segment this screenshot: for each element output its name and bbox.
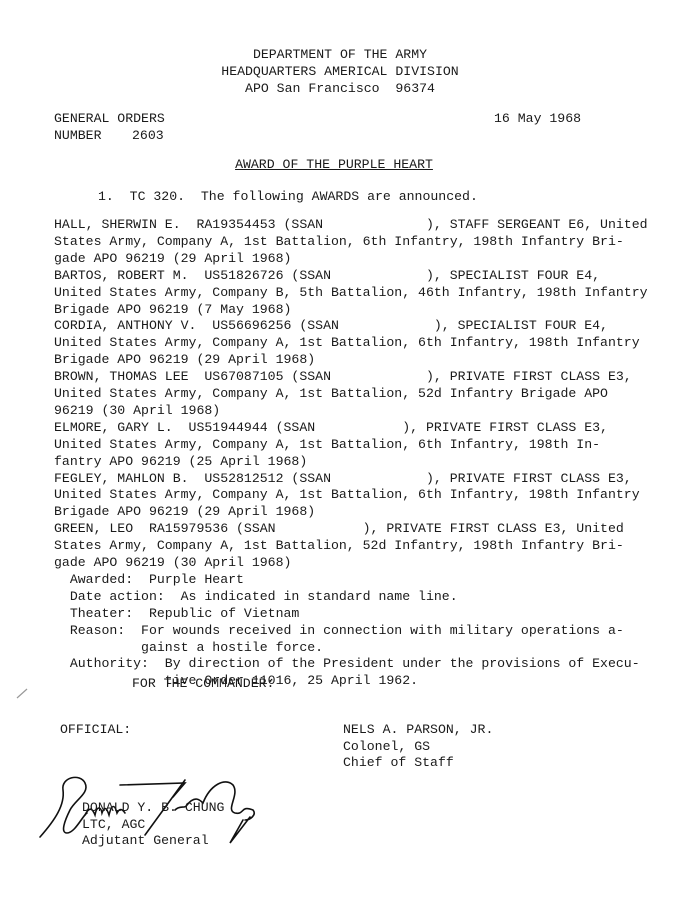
recipient-detail-line: United States Army, Company A, 1st Batta… xyxy=(54,437,654,454)
recipient-detail-line: fantry APO 96219 (25 April 1968) xyxy=(54,454,654,471)
stray-mark xyxy=(16,686,30,700)
official-title: Adjutant General xyxy=(82,833,209,850)
recipient-detail-line: gade APO 96219 (30 April 1968) xyxy=(54,555,654,572)
award-detail-line: Awarded: Purple Heart xyxy=(54,572,654,589)
award-detail-line: Reason: For wounds received in connectio… xyxy=(54,623,654,640)
header-apo: APO San Francisco 96374 xyxy=(0,81,680,98)
recipient-detail-line: States Army, Company A, 1st Battalion, 6… xyxy=(54,234,654,251)
recipient-detail-line: gade APO 96219 (29 April 1968) xyxy=(54,251,654,268)
recipient-name-line: CORDIA, ANTHONY V. US56696256 (SSAN ), S… xyxy=(54,318,654,335)
orders-label: GENERAL ORDERS xyxy=(54,111,165,128)
award-detail-line: gainst a hostile force. xyxy=(54,640,654,657)
recipient-name-line: GREEN, LEO RA15979536 (SSAN ), PRIVATE F… xyxy=(54,521,654,538)
recipient-name-line: FEGLEY, MAHLON B. US52812512 (SSAN ), PR… xyxy=(54,471,654,488)
recipient-detail-line: States Army, Company A, 1st Battalion, 5… xyxy=(54,538,654,555)
award-detail-line: Date action: As indicated in standard na… xyxy=(54,589,654,606)
orders-number-label: NUMBER xyxy=(54,128,101,145)
recipient-detail-line: United States Army, Company A, 1st Batta… xyxy=(54,335,654,352)
recipient-detail-line: 96219 (30 April 1968) xyxy=(54,403,654,420)
award-detail-line: Theater: Republic of Vietnam xyxy=(54,606,654,623)
official-name: DONALD Y. B. CHUNG xyxy=(82,800,224,817)
intro-paragraph: 1. TC 320. The following AWARDS are anno… xyxy=(98,189,478,206)
orders-number: 2603 xyxy=(132,128,164,145)
recipient-detail-line: United States Army, Company A, 1st Batta… xyxy=(54,487,654,504)
recipient-detail-line: Brigade APO 96219 (7 May 1968) xyxy=(54,302,654,319)
document-title: AWARD OF THE PURPLE HEART xyxy=(0,157,668,174)
recipient-detail-line: United States Army, Company A, 1st Batta… xyxy=(54,386,654,403)
signatory-rank: Colonel, GS xyxy=(343,739,430,756)
signatory-name: NELS A. PARSON, JR. xyxy=(343,722,493,739)
header-department: DEPARTMENT OF THE ARMY xyxy=(0,47,680,64)
official-label: OFFICIAL: xyxy=(60,722,131,739)
general-orders-document: DEPARTMENT OF THE ARMY HEADQUARTERS AMER… xyxy=(0,0,700,919)
recipient-name-line: HALL, SHERWIN E. RA19354453 (SSAN ), STA… xyxy=(54,217,654,234)
recipient-name-line: ELMORE, GARY L. US51944944 (SSAN ), PRIV… xyxy=(54,420,654,437)
recipient-name-line: BROWN, THOMAS LEE US67087105 (SSAN ), PR… xyxy=(54,369,654,386)
award-detail-line: Authority: By direction of the President… xyxy=(54,656,654,673)
recipient-detail-line: United States Army, Company B, 5th Batta… xyxy=(54,285,654,302)
for-commander: FOR THE COMMANDER: xyxy=(132,676,274,693)
orders-date: 16 May 1968 xyxy=(494,111,581,128)
recipient-detail-line: Brigade APO 96219 (29 April 1968) xyxy=(54,504,654,521)
recipient-detail-line: Brigade APO 96219 (29 April 1968) xyxy=(54,352,654,369)
signatory-title: Chief of Staff xyxy=(343,755,454,772)
header-headquarters: HEADQUARTERS AMERICAL DIVISION xyxy=(0,64,680,81)
recipient-name-line: BARTOS, ROBERT M. US51826726 (SSAN ), SP… xyxy=(54,268,654,285)
official-rank: LTC, AGC xyxy=(82,817,145,834)
